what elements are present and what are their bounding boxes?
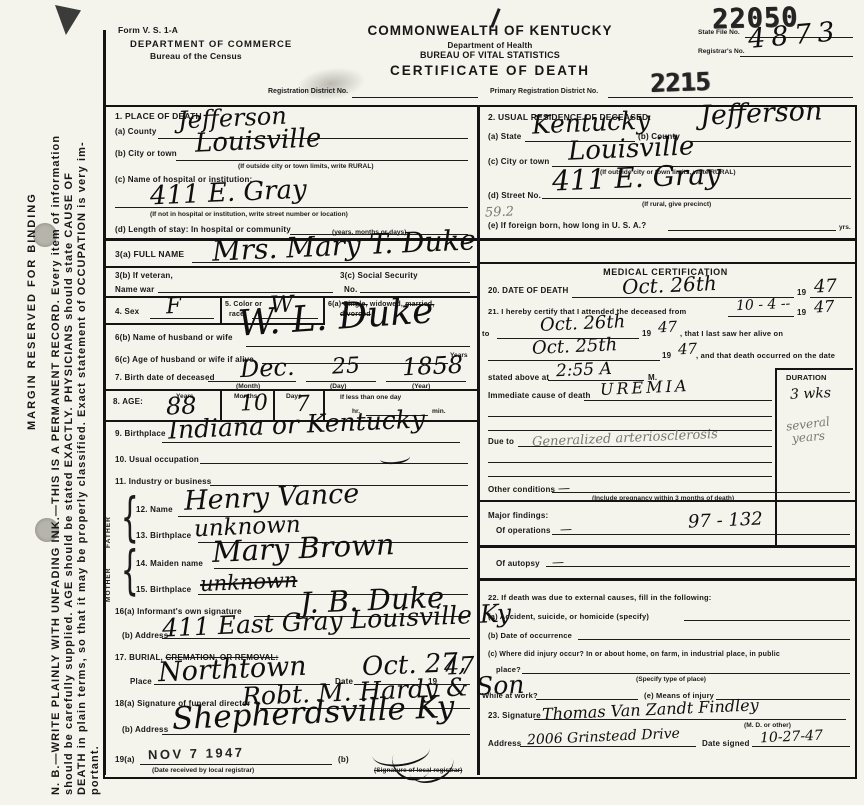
injury-place-blank	[522, 673, 850, 674]
date-signed-label: Date signed	[702, 740, 750, 749]
due-to-blank	[518, 446, 772, 447]
last-seen-value: Oct. 25th	[532, 336, 618, 358]
death-certificate-scan: MARGIN RESERVED FOR BINDING N. B.—WRITE …	[0, 0, 864, 805]
date-signed-value: 10-27-47	[760, 729, 823, 746]
state-file-label: State File No.	[698, 29, 740, 36]
primary-district-stamp: 2215	[650, 69, 711, 96]
attended-from-blank	[728, 316, 794, 317]
dod-year-prefix: 19	[797, 289, 806, 298]
birthplace-label: 9. Birthplace	[115, 430, 166, 439]
commonwealth-title: COMMONWEALTH OF KENTUCKY	[330, 24, 650, 39]
father-side-label: FATHER	[105, 500, 112, 548]
burial-place-label: Place	[130, 678, 152, 687]
immediate-cause-label: Immediate cause of death	[488, 392, 591, 401]
sex-label: 4. Sex	[115, 308, 139, 317]
physician-address-blank	[520, 746, 696, 747]
county-label: (a) County	[115, 128, 157, 137]
injury-place-note: (Specify type of place)	[636, 676, 706, 683]
cause-blank-4	[488, 462, 772, 463]
informant-address-blank	[162, 638, 470, 639]
grid-line	[477, 262, 855, 264]
husband-blank	[246, 346, 470, 347]
certificate-title: CERTIFICATE OF DEATH	[330, 64, 650, 79]
certify-occurred-text: , and that death occurred on the date	[696, 352, 835, 360]
foreign-born-unit: yrs.	[839, 224, 851, 231]
certify-saw-text: , that I last saw her alive on	[680, 330, 783, 338]
residence-state-label: (a) State	[488, 133, 521, 142]
accident-label: (a) Accident, suicide, or homicide (spec…	[488, 613, 649, 621]
birth-year-value: 1858	[402, 353, 464, 380]
age-label: 8. AGE:	[113, 398, 143, 407]
husband-label: 6(b) Name of husband or wife	[115, 334, 233, 343]
registration-district-blank	[352, 97, 478, 98]
registrar-no-label: Registrar's No.	[698, 48, 745, 55]
note-line-1: N. B.—WRITE PLAINLY WITH UNFADING INK.—T…	[50, 15, 63, 795]
date-of-death-value: Oct. 26th	[622, 273, 718, 297]
major-findings-label: Major findings:	[488, 512, 548, 521]
veteran-war-blank	[158, 292, 333, 293]
operations-value: 97 - 132	[688, 510, 764, 531]
registrar-sig-label: (b)	[338, 756, 349, 765]
immediate-cause-blank	[584, 400, 772, 401]
sex-value: F	[166, 296, 182, 319]
dept-commerce: DEPARTMENT OF COMMERCE	[130, 40, 292, 50]
full-name-label: 3(a) FULL NAME	[115, 250, 184, 259]
date-of-death-label: 20. DATE OF DEATH	[488, 287, 568, 296]
cause-blank-2	[488, 416, 772, 417]
received-note: (Date received by local registrar)	[152, 767, 254, 774]
street-label: (d) Street No.	[488, 192, 541, 201]
hospital-note: (If not in hospital or institution, writ…	[150, 211, 348, 218]
attended-from-value: 10 - 4 --	[736, 297, 791, 313]
autopsy-blank	[546, 566, 850, 567]
birth-date-label: 7. Birth date of deceased	[115, 374, 215, 383]
sex-blank	[150, 318, 214, 319]
duration-due-to-line2: years	[792, 430, 826, 445]
due-to-label: Due to	[488, 438, 514, 447]
full-name-blank	[192, 262, 470, 263]
operations-blank	[552, 534, 850, 535]
other-conditions-blank	[552, 492, 850, 493]
father-name-label: 12. Name	[136, 506, 173, 515]
received-date-blank	[140, 764, 332, 765]
certify-to-label: to	[482, 330, 489, 338]
registration-district-label: Registration District No.	[268, 88, 348, 95]
occurrence-date-blank	[578, 639, 850, 640]
date-signed-blank	[752, 746, 850, 747]
physician-signature-blank	[534, 719, 846, 720]
father-name-value: Henry Vance	[183, 480, 359, 515]
birth-year-blank	[386, 381, 466, 382]
birth-month-value: Dec.	[240, 355, 296, 381]
city-blank	[176, 160, 468, 161]
informant-address-label: (b) Address	[122, 632, 168, 641]
age-min-label: min.	[432, 408, 446, 415]
residence-county-blank	[688, 141, 851, 142]
last-year-prefix: 19	[662, 352, 671, 361]
from-year-value: 47	[814, 299, 835, 316]
mother-side-label: MOTHER	[105, 554, 112, 602]
street-note: (If rural, give precinct)	[642, 201, 711, 208]
residence-county-value: Jefferson	[699, 97, 822, 129]
residence-city-label: (c) City or town	[488, 158, 549, 167]
city-label: (b) City or town	[115, 150, 177, 159]
other-conditions-label: Other conditions	[488, 486, 555, 495]
hospital-value: 411 E. Gray	[150, 177, 308, 210]
cause-blank-5	[488, 476, 772, 477]
pencil-annotation: 59.2	[485, 205, 514, 219]
veteran-war-label: Name war	[115, 286, 154, 295]
foreign-born-blank	[668, 230, 836, 231]
burial-word: 17. BURIAL,	[115, 653, 163, 662]
registrar-no-value: 4873	[747, 18, 842, 53]
received-label: 19(a)	[115, 756, 135, 765]
duration-value: 3 wks	[790, 386, 832, 402]
mother-name-label: 14. Maiden name	[136, 560, 203, 569]
while-at-work-label: While at work?	[482, 692, 538, 700]
street-value: 411 E. Gray	[551, 160, 721, 195]
duration-box-left	[775, 368, 777, 546]
birth-day-value: 25	[332, 355, 361, 378]
father-birthplace-label: 13. Birthplace	[136, 532, 191, 541]
ssn-label: 3(c) Social Security	[340, 272, 418, 281]
spouse-age-label: 6(c) Age of husband or wife if alive	[115, 356, 254, 365]
from-year-prefix: 19	[797, 309, 806, 318]
birth-day-note: (Day)	[330, 383, 347, 390]
occupation-blank	[200, 463, 468, 464]
to-year-prefix: 19	[642, 330, 651, 339]
funeral-address-blank	[162, 734, 470, 735]
street-blank	[542, 198, 851, 199]
injury-where-label: (c) Where did injury occur? In or about …	[488, 651, 780, 659]
hospital-blank	[115, 207, 468, 208]
while-at-work-blank	[536, 699, 638, 700]
occupation-label: 10. Usual occupation	[115, 456, 199, 465]
birth-day-blank	[306, 381, 376, 382]
physician-address-label: Address	[488, 740, 521, 749]
last-year-value: 47	[678, 342, 698, 358]
grid-line	[220, 297, 222, 324]
stated-above-label: stated above at	[488, 374, 549, 383]
immediate-cause-value: UREMIA	[600, 378, 690, 398]
header-center: COMMONWEALTH OF KENTUCKY Department of H…	[330, 24, 650, 78]
binding-margin-note: MARGIN RESERVED FOR BINDING	[26, 140, 38, 430]
external-causes-title: 22. If death was due to external causes,…	[488, 594, 711, 602]
birth-month-note: (Month)	[236, 383, 260, 390]
ssn-no-label: No.	[344, 286, 358, 295]
operations-label: Of operations	[496, 527, 551, 536]
grid-line	[477, 578, 855, 581]
birth-year-note: (Year)	[412, 383, 430, 390]
dod-year-value: 47	[814, 278, 838, 297]
note-line-3: DEATH in plain terms, so that it may be …	[76, 15, 89, 795]
duration-box-top	[775, 368, 853, 370]
city-value: Louisville	[194, 125, 321, 156]
form-number: Form V. S. 1-A	[118, 26, 178, 35]
birthplace-blank	[162, 442, 460, 443]
mother-birthplace-value: unknown	[200, 570, 298, 595]
autopsy-label: Of autopsy	[496, 560, 540, 569]
occurrence-date-label: (b) Date of occurrence	[488, 632, 572, 640]
permanent-record-note: N. B.—WRITE PLAINLY WITH UNFADING INK.—T…	[50, 15, 102, 795]
time-of-death-value: 2:55 A	[556, 361, 613, 380]
physician-signature-note: (M. D. or other)	[744, 722, 791, 729]
bureau-vital-statistics: BUREAU OF VITAL STATISTICS	[330, 51, 650, 61]
note-line-2: should be carefully supplied. AGE should…	[63, 15, 76, 795]
grid-line	[103, 266, 478, 268]
received-date-stamp: NOV 7 1947	[148, 746, 245, 763]
injury-place-label: place?	[496, 666, 521, 674]
to-year-value: 47	[658, 320, 678, 336]
mother-birthplace-label: 15. Birthplace	[136, 586, 191, 595]
grid-line	[477, 545, 855, 548]
attended-to-value: Oct. 26th	[540, 313, 626, 335]
registrar-no-blank	[740, 56, 853, 57]
note-line-4: portant.	[89, 15, 102, 795]
city-note: (If outside city or town limits, write R…	[238, 163, 374, 170]
primary-district-label: Primary Registration District No.	[490, 88, 598, 95]
age-less-than-day-label: If less than one day	[340, 394, 401, 401]
physician-signature-label: 23. Signature	[488, 712, 541, 721]
foreign-born-label: (e) If foreign born, how long in U. S. A…	[488, 222, 646, 231]
duration-header: DURATION	[786, 374, 827, 382]
bureau-census: Bureau of the Census	[150, 52, 242, 61]
birth-month-blank	[208, 381, 296, 382]
pregnancy-note: (Include pregnancy within 3 months of de…	[592, 495, 734, 502]
veteran-label: 3(b) If veteran,	[115, 272, 173, 281]
accident-blank	[684, 620, 850, 621]
mother-name-value: Mary Brown	[211, 530, 395, 567]
